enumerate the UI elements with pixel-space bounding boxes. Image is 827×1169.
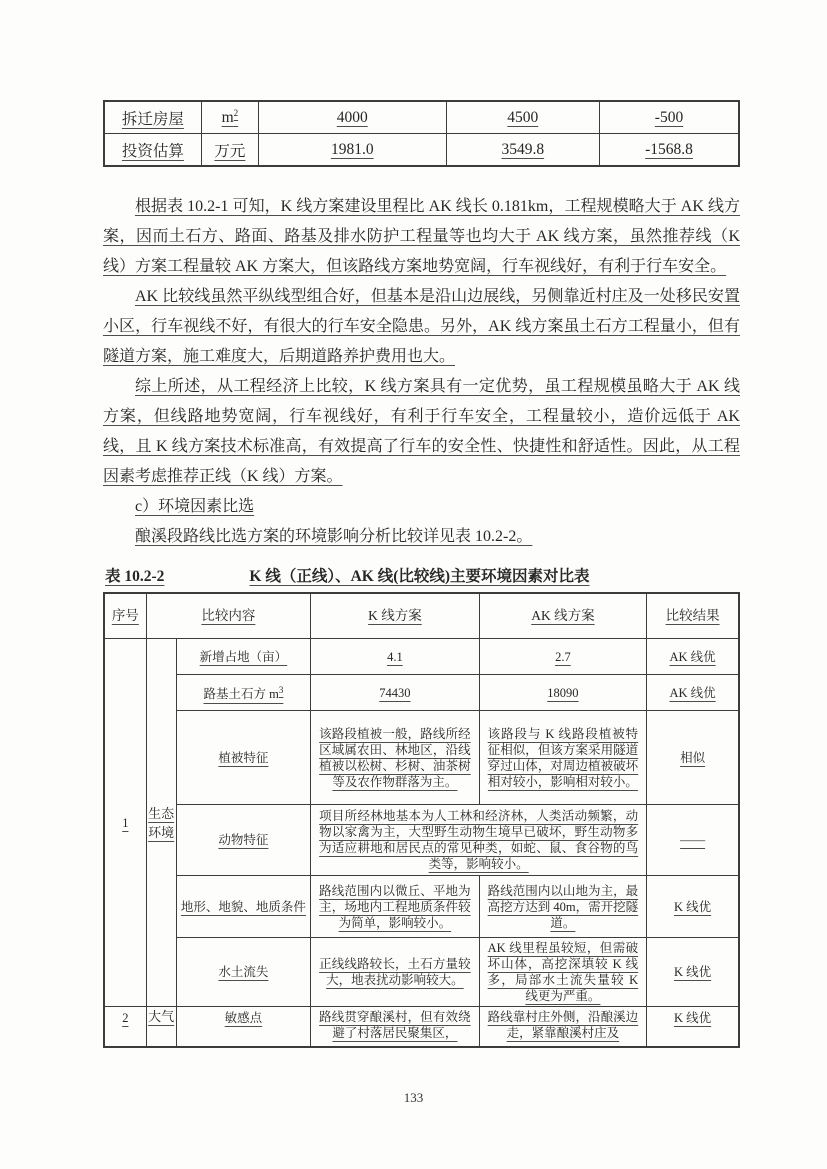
cost-comparison-table: 拆迁房屋 m2 4000 4500 -500 投资估算 万元 1981.0 35… [103, 100, 740, 167]
note-see-table: 酿溪段路线比选方案的环境影响分析比较详见表 10.2-2。 [103, 522, 740, 552]
ak-cell: 该路段与 K 线路段植被特征相似，但该方案采用隧道穿过山体，对周边植被破坏相对较… [479, 711, 647, 805]
row-sensitive-points: 2 大气 敏感点 路线贯穿酿溪村，但有效绕避了村落居民聚集区， 路线靠村庄外侧，… [104, 1007, 739, 1047]
k-cell: 路线贯穿酿溪村，但有效绕避了村落居民聚集区， [311, 1007, 480, 1047]
ak-cell: AK 线里程虽较短，但需破坏山体，高挖深填较 K 线多，局部水土流失量较 K 线… [479, 938, 647, 1007]
merged-cell: 项目所经林地基本为人工林和经济林，人类活动频繁，动物以家禽为主，大型野生动物生境… [311, 805, 647, 876]
seq-cell: 1 [104, 639, 146, 1007]
environment-comparison-table: 序号 比较内容 K 线方案 AK 线方案 比较结果 1 生态环境 新增占地（亩）… [103, 592, 740, 1048]
ak-cell: 18090 [479, 675, 647, 711]
table-caption-title: K 线（正线）、AK 线(比较线)主要环境因素对比表 [249, 564, 589, 586]
row-land-occupation: 1 生态环境 新增占地（亩） 4.1 2.7 AK 线优 [104, 639, 739, 675]
k-value-cell: 4000 [258, 101, 446, 134]
header-result: 比较结果 [647, 593, 739, 639]
result-cell: K 线优 [647, 1007, 739, 1047]
row-terrain-geology: 地形、地貌、地质条件 路线范围内以微丘、平地为主，场地内工程地质条件较为简单，影… [104, 876, 739, 938]
category-cell-ecology: 生态环境 [146, 639, 176, 1007]
header-row: 序号 比较内容 K 线方案 AK 线方案 比较结果 [104, 593, 739, 639]
ak-cell: 路线靠村庄外侧，沿酿溪边走，紧靠酿溪村庄及 [479, 1007, 647, 1047]
item-cell: 地形、地貌、地质条件 [176, 876, 310, 938]
row-earthwork: 路基土石方 m3 74430 18090 AK 线优 [104, 675, 739, 711]
unit-cell: m2 [201, 101, 258, 134]
table-row: 拆迁房屋 m2 4000 4500 -500 [104, 101, 739, 134]
unit-superscript: 2 [234, 108, 239, 118]
item-cell: 水土流失 [176, 938, 310, 1007]
k-cell: 正线线路较长，土石方量较大，地表扰动影响较大。 [311, 938, 480, 1007]
item-cell: 新增占地（亩） [176, 639, 310, 675]
item-cell: 投资估算 [104, 134, 201, 167]
k-cell: 4.1 [311, 639, 480, 675]
page-content: 拆迁房屋 m2 4000 4500 -500 投资估算 万元 1981.0 35… [103, 100, 740, 1048]
result-cell: —— [647, 805, 739, 876]
unit-cell: 万元 [201, 134, 258, 167]
result-cell: K 线优 [647, 876, 739, 938]
document-page: 拆迁房屋 m2 4000 4500 -500 投资估算 万元 1981.0 35… [0, 0, 827, 1169]
header-ak: AK 线方案 [479, 593, 647, 639]
table-caption-label: 表 10.2-2 [105, 564, 164, 586]
table-row: 投资估算 万元 1981.0 3549.8 -1568.8 [104, 134, 739, 167]
header-k: K 线方案 [311, 593, 480, 639]
ak-cell: 路线范围内以山地为主，最高挖方达到 40m，需开挖隧道。 [479, 876, 647, 938]
k-cell: 74430 [311, 675, 480, 711]
k-cell: 路线范围内以微丘、平地为主，场地内工程地质条件较为简单，影响较小。 [311, 876, 480, 938]
ak-value-cell: 3549.8 [446, 134, 599, 167]
unit-superscript: 3 [279, 685, 284, 695]
diff-value-cell: -500 [600, 101, 739, 134]
paragraph-ak-line-drawbacks: AK 比较线虽然平纵线型组合好，但基本是沿山边展线，另侧靠近村庄及一处移民安置小… [103, 282, 740, 372]
item-cell: 动物特征 [176, 805, 310, 876]
row-vegetation: 植被特征 该路段植被一般，路线所经区域属农田、林地区，沿线植被以松树、杉树、油茶… [104, 711, 739, 805]
paragraph-conclusion: 综上所述，从工程经济上比较，K 线方案具有一定优势，虽工程规模虽略大于 AK 线… [103, 372, 740, 492]
row-soil-erosion: 水土流失 正线线路较长，土石方量较大，地表扰动影响较大。 AK 线里程虽较短，但… [104, 938, 739, 1007]
item-cell: 敏感点 [176, 1007, 310, 1047]
k-value-cell: 1981.0 [258, 134, 446, 167]
result-cell: AK 线优 [647, 675, 739, 711]
item-cell: 路基土石方 m3 [176, 675, 310, 711]
seq-cell: 2 [104, 1007, 146, 1047]
table-caption: 表 10.2-2 K 线（正线）、AK 线(比较线)主要环境因素对比表 [105, 564, 740, 586]
result-cell: K 线优 [647, 938, 739, 1007]
ak-cell: 2.7 [479, 639, 647, 675]
result-cell: AK 线优 [647, 639, 739, 675]
k-cell: 该路段植被一般，路线所经区域属农田、林地区，沿线植被以松树、杉树、油茶树等及农作… [311, 711, 480, 805]
diff-value-cell: -1568.8 [600, 134, 739, 167]
category-cell-air: 大气 [146, 1007, 176, 1047]
heading-environment-factors: c）环境因素比选 [103, 492, 740, 522]
header-content: 比较内容 [146, 593, 311, 639]
item-cell: 植被特征 [176, 711, 310, 805]
header-seq: 序号 [104, 593, 146, 639]
page-number: 133 [0, 1090, 827, 1106]
paragraph-engineering-comparison: 根据表 10.2-1 可知，K 线方案建设里程比 AK 线长 0.181km，工… [103, 192, 740, 282]
row-animals: 动物特征 项目所经林地基本为人工林和经济林，人类活动频繁，动物以家禽为主，大型野… [104, 805, 739, 876]
item-cell: 拆迁房屋 [104, 101, 201, 134]
ak-value-cell: 4500 [446, 101, 599, 134]
result-cell: 相似 [647, 711, 739, 805]
